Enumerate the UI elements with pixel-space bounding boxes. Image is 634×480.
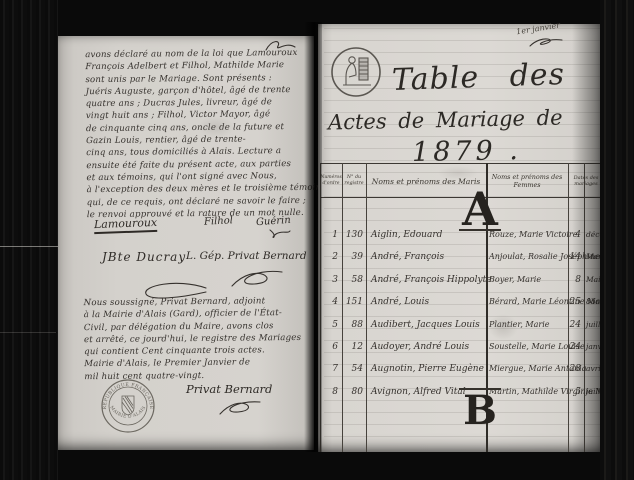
- book-edge-left: [0, 0, 58, 480]
- cell-order: 4: [320, 297, 338, 307]
- cell-register: 39: [342, 252, 363, 262]
- cell-order: 5: [320, 320, 338, 330]
- table-row: 754Augnotin, Pierre EugèneMiergue, Marie…: [318, 364, 600, 386]
- signature-lamouroux: Lamouroux: [94, 216, 158, 234]
- cell-wife: Boyer, Marie: [489, 275, 569, 284]
- cell-husband: André, François Hippolyte: [371, 275, 485, 285]
- cell-day: 24: [567, 342, 581, 352]
- scanned-register-spread: avons déclaré au nom de la loi que Lamou…: [0, 0, 634, 480]
- header-dates-label: Dates des mariages: [568, 175, 604, 187]
- cell-register: 58: [342, 275, 363, 285]
- table-border-top: [320, 163, 604, 164]
- signature-paraph: [266, 228, 292, 240]
- cell-husband: Audibert, Jacques Louis: [371, 320, 485, 330]
- cell-day: 28: [567, 364, 581, 374]
- book-edge-right: [600, 0, 634, 480]
- text-line: de cinquante cinq ans, oncle de la futur…: [86, 121, 308, 136]
- text-line: Juéris Auguste, garçon d'hôtel, âgé de t…: [85, 84, 307, 99]
- act-text: avons déclaré au nom de la loi que Lamou…: [85, 47, 309, 221]
- cell-wife: Soustelle, Marie Louise: [489, 342, 569, 351]
- header-register-bottom: registre: [344, 181, 363, 187]
- marriage-index-table: Numéros d'ordre N° du registre Noms et p…: [318, 24, 600, 452]
- mairie-stamp: RÉPUBLIQUE FRANÇAISE MAIRIE D'ALAIS: [98, 376, 158, 436]
- cell-order: 1: [320, 230, 338, 240]
- text-line: et arrêté, ce jourd'hui, le registre des…: [84, 332, 310, 347]
- book-gutter-shadow: [304, 22, 322, 452]
- text-line: à la Mairie d'Alais (Gard), officier de …: [84, 307, 310, 322]
- table-row: 1130Aiglin, EdouardRouze, Marie Victoire…: [318, 230, 600, 252]
- signature-guerin: Guérin: [256, 215, 291, 228]
- svg-text:MAIRIE D'ALAIS: MAIRIE D'ALAIS: [108, 405, 147, 419]
- cell-husband: Augnotin, Pierre Eugène: [371, 364, 485, 374]
- cell-husband: Aiglin, Edouard: [371, 230, 485, 240]
- cell-register: 151: [342, 297, 363, 307]
- cell-register: 130: [342, 230, 363, 240]
- table-row: 4151André, LouisBérard, Marie Léontine M…: [318, 297, 600, 319]
- cell-day: 14: [567, 252, 581, 262]
- section-letter-a: A: [458, 187, 502, 231]
- cell-order: 8: [320, 387, 338, 397]
- table-row: 588Audibert, Jacques LouisPlantier, Mari…: [318, 320, 600, 342]
- cell-order: 6: [320, 342, 338, 352]
- header-register: N° du registre: [342, 165, 366, 197]
- cell-day: 8: [567, 275, 581, 285]
- signature-paraph: [226, 264, 288, 292]
- cell-register: 54: [342, 364, 363, 374]
- signature-ducray: JBte Ducray: [102, 250, 186, 264]
- cell-register: 12: [342, 342, 363, 352]
- cell-wife: Miergue, Marie Antonia: [489, 364, 569, 373]
- signature-privat-bernard: L. Gép. Privat Bernard: [186, 250, 307, 262]
- cell-register: 88: [342, 320, 363, 330]
- scan-artifact-line: [0, 332, 56, 333]
- signature-privat-bernard-closing: Privat Bernard: [186, 382, 272, 396]
- cell-husband: André, Louis: [371, 297, 485, 307]
- stamp-crest: [122, 396, 134, 415]
- cell-wife: Anjoulat, Rosalie Joséphine: [489, 252, 569, 261]
- cell-husband: André, François: [371, 252, 485, 262]
- cell-day: 24: [567, 320, 581, 330]
- cell-wife: Bérard, Marie Léontine Mathilde: [489, 297, 569, 306]
- cell-order: 3: [320, 275, 338, 285]
- table-row: 239André, FrançoisAnjoulat, Rosalie José…: [318, 252, 600, 274]
- signature-paraph: [214, 396, 266, 420]
- cell-day: 4: [567, 230, 581, 240]
- cell-order: 2: [320, 252, 338, 262]
- stamp-bottom-text: MAIRIE D'ALAIS: [108, 405, 147, 419]
- right-page: 1er janvier Table des Actes de Mariage d…: [318, 24, 600, 452]
- cell-wife: Plantier, Marie: [489, 320, 569, 329]
- cell-wife: Rouze, Marie Victoire: [489, 230, 569, 239]
- table-row: 612Audoyer, André LouisSoustelle, Marie …: [318, 342, 600, 364]
- closing-text: Nous soussigné, Privat Bernard, adjointà…: [84, 295, 311, 383]
- header-order-bottom: d'ordre: [322, 181, 339, 187]
- cell-order: 7: [320, 364, 338, 374]
- text-line: François Adelbert et Filhol, Mathilde Ma…: [85, 59, 307, 74]
- cell-day: 5: [567, 387, 581, 397]
- cell-register: 80: [342, 387, 363, 397]
- header-order: Numéros d'ordre: [320, 165, 342, 197]
- section-letter-b: B: [458, 390, 502, 432]
- cell-husband: Audoyer, André Louis: [371, 342, 485, 352]
- cell-day: 25: [567, 297, 581, 307]
- signature-filhol: Filhol: [204, 215, 234, 228]
- header-dates: Dates des mariages: [568, 165, 604, 197]
- table-row: 358André, François HippolyteBoyer, Marie…: [318, 275, 600, 297]
- left-page: avons déclaré au nom de la loi que Lamou…: [58, 36, 314, 450]
- scan-artifact-line: [0, 246, 58, 247]
